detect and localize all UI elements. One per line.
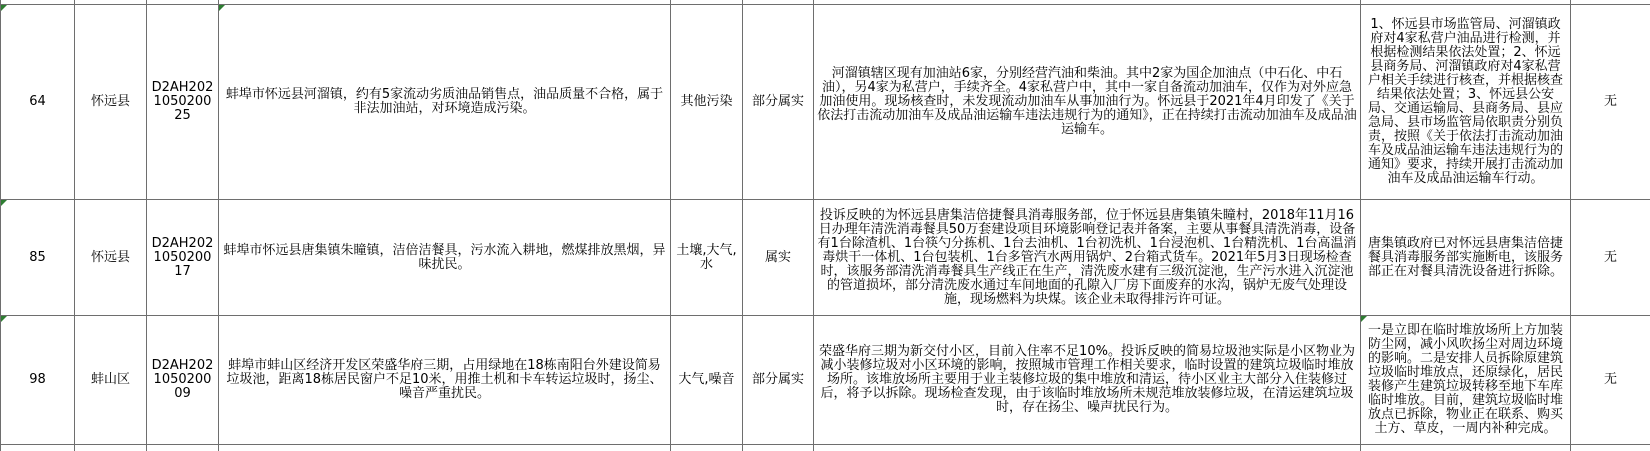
complaint-text: 蚌埠市蚌山区经济开发区荣盛华府三期，占用绿地在18栋南阳台外建设简易垃圾池，距离… [226,358,662,401]
case-id-cell[interactable]: D2AH202105020009 [147,316,219,445]
investigation-text: 投诉反映的为怀远县唐集洁倍捷餐具消毒服务部，位于怀远县唐集镇朱瞳村，2018年1… [818,208,1357,307]
verification-value: 属实 [765,250,791,265]
error-indicator-icon [1361,316,1367,322]
empty-cell [219,445,671,451]
empty-cell [1,445,75,451]
pollution-type-value: 土壤,大气,水 [676,243,736,272]
seq-cell[interactable]: 85 [1,200,75,316]
case-id-value: D2AH202105020017 [152,236,214,279]
district-value: 蚌山区 [91,372,130,387]
handling-cell[interactable]: 1、怀远县市场监管局、河溜镇政府对4家私营户油品进行检测，并根据检测结果依法处置… [1361,5,1571,200]
error-indicator-icon [219,5,225,11]
verification-value: 部分属实 [752,372,804,387]
district-value: 怀远县 [91,250,130,265]
investigation-cell[interactable]: 河溜镇辖区现有加油站6家，分别经营汽油和柴油。其中2家为国企加油点（中石化、中石… [814,5,1361,200]
verification-cell[interactable]: 部分属实 [743,316,814,445]
case-id-cell[interactable]: D2AH202105020017 [147,200,219,316]
accountability-value: 无 [1604,94,1617,109]
investigation-text: 荣盛华府三期为新交付小区，目前入住率不足10%。投诉反映的简易垃圾池实际是小区物… [819,344,1355,415]
handling-cell[interactable]: 唐集镇政府已对怀远县唐集洁倍捷餐具消毒服务部实施断电，该服务部正在对餐具清洗设备… [1361,200,1571,316]
accountability-value: 无 [1604,250,1617,265]
seq-value: 64 [29,94,46,109]
complaint-text: 蚌埠市怀远县唐集镇朱瞳镇，洁倍洁餐具，污水流入耕地，燃煤排放黑烟，异味扰民。 [223,243,665,272]
handling-cell[interactable]: 一是立即在临时堆放场所上方加装防尘网，减小风吹扬尘对周边环境的影响。二是安排人员… [1361,316,1571,445]
accountability-cell[interactable]: 无 [1571,5,1650,200]
empty-cell [671,445,743,451]
handling-text: 一是立即在临时堆放场所上方加装防尘网，减小风吹扬尘对周边环境的影响。二是安排人员… [1368,323,1563,436]
accountability-cell[interactable]: 无 [1571,316,1650,445]
error-indicator-icon [1,200,7,206]
pollution-type-cell[interactable]: 大气,噪音 [671,316,743,445]
error-indicator-icon [1,5,7,11]
complaint-text: 蚌埠市怀远县河溜镇，约有5家流动劣质油品销售点，油品质量不合格，属于非法加油站，… [226,87,663,116]
handling-text: 1、怀远县市场监管局、河溜镇政府对4家私营户油品进行检测，并根据检测结果依法处置… [1368,17,1563,186]
verification-value: 部分属实 [752,94,804,109]
accountability-value: 无 [1604,372,1617,387]
investigation-text: 河溜镇辖区现有加油站6家，分别经营汽油和柴油。其中2家为国企加油点（中石化、中石… [817,66,1357,137]
complaints-table: 64 怀远县 D2AH202105020025 蚌埠市怀远县河溜镇，约有5家流动… [0,0,1650,451]
table-row: 98 蚌山区 D2AH202105020009 蚌埠市蚌山区经济开发区荣盛华府三… [1,316,1650,445]
complaint-cell[interactable]: 蚌埠市蚌山区经济开发区荣盛华府三期，占用绿地在18栋南阳台外建设简易垃圾池，距离… [219,316,671,445]
district-cell[interactable]: 怀远县 [75,200,147,316]
district-cell[interactable]: 蚌山区 [75,316,147,445]
pollution-type-value: 其他污染 [680,94,732,109]
empty-cell [1571,445,1650,451]
complaint-cell[interactable]: 蚌埠市怀远县河溜镇，约有5家流动劣质油品销售点，油品质量不合格，属于非法加油站，… [219,5,671,200]
seq-cell[interactable]: 98 [1,316,75,445]
district-value: 怀远县 [91,94,130,109]
empty-cell [147,445,219,451]
seq-value: 85 [29,250,46,265]
table-row: 64 怀远县 D2AH202105020025 蚌埠市怀远县河溜镇，约有5家流动… [1,5,1650,200]
spreadsheet-view: 64 怀远县 D2AH202105020025 蚌埠市怀远县河溜镇，约有5家流动… [0,0,1650,451]
empty-cell [1361,445,1571,451]
handling-text: 唐集镇政府已对怀远县唐集洁倍捷餐具消毒服务部实施断电，该服务部正在对餐具清洗设备… [1368,236,1563,279]
case-id-value: D2AH202105020009 [152,358,214,401]
pollution-type-cell[interactable]: 其他污染 [671,5,743,200]
complaint-cell[interactable]: 蚌埠市怀远县唐集镇朱瞳镇，洁倍洁餐具，污水流入耕地，燃煤排放黑烟，异味扰民。 [219,200,671,316]
case-id-value: D2AH202105020025 [152,80,214,123]
verification-cell[interactable]: 属实 [743,200,814,316]
empty-cell [75,445,147,451]
pollution-type-value: 大气,噪音 [678,372,734,387]
error-indicator-icon [1,316,7,322]
seq-value: 98 [29,372,46,387]
pollution-type-cell[interactable]: 土壤,大气,水 [671,200,743,316]
case-id-cell[interactable]: D2AH202105020025 [147,5,219,200]
seq-cell[interactable]: 64 [1,5,75,200]
table-row: 85 怀远县 D2AH202105020017 蚌埠市怀远县唐集镇朱瞳镇，洁倍洁… [1,200,1650,316]
accountability-cell[interactable]: 无 [1571,200,1650,316]
partial-row-bottom [1,445,1650,451]
investigation-cell[interactable]: 投诉反映的为怀远县唐集洁倍捷餐具消毒服务部，位于怀远县唐集镇朱瞳村，2018年1… [814,200,1361,316]
verification-cell[interactable]: 部分属实 [743,5,814,200]
empty-cell [743,445,814,451]
district-cell[interactable]: 怀远县 [75,5,147,200]
empty-cell [814,445,1361,451]
investigation-cell[interactable]: 荣盛华府三期为新交付小区，目前入住率不足10%。投诉反映的简易垃圾池实际是小区物… [814,316,1361,445]
